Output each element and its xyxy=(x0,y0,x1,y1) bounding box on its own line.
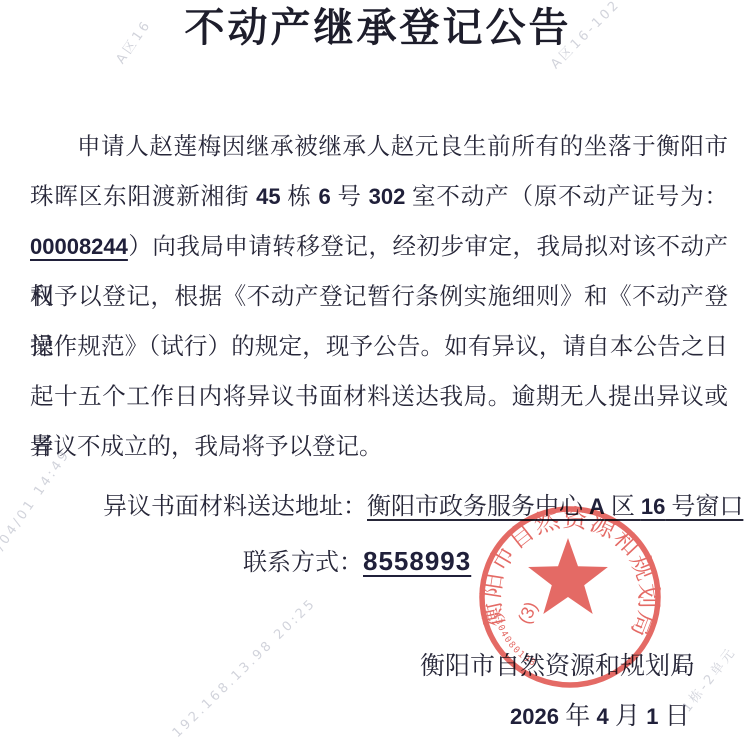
scan-artifacts-layer: A区16A区16-10220/04/01 14:49192.168.13.98 … xyxy=(0,0,756,756)
issuing-agency: 衡阳市自然资源和规划局 xyxy=(420,650,695,684)
scan-ghost-text: A区16-102 xyxy=(545,0,623,72)
document-page: A区16A区16-10220/04/01 14:49192.168.13.98 … xyxy=(0,0,756,756)
scan-ghost-text: 192.168.13.98 20:25 xyxy=(170,596,320,741)
scan-ghost-text: A区16 xyxy=(110,15,154,67)
scan-ghost-text: 20/04/01 14:49 xyxy=(0,447,74,572)
